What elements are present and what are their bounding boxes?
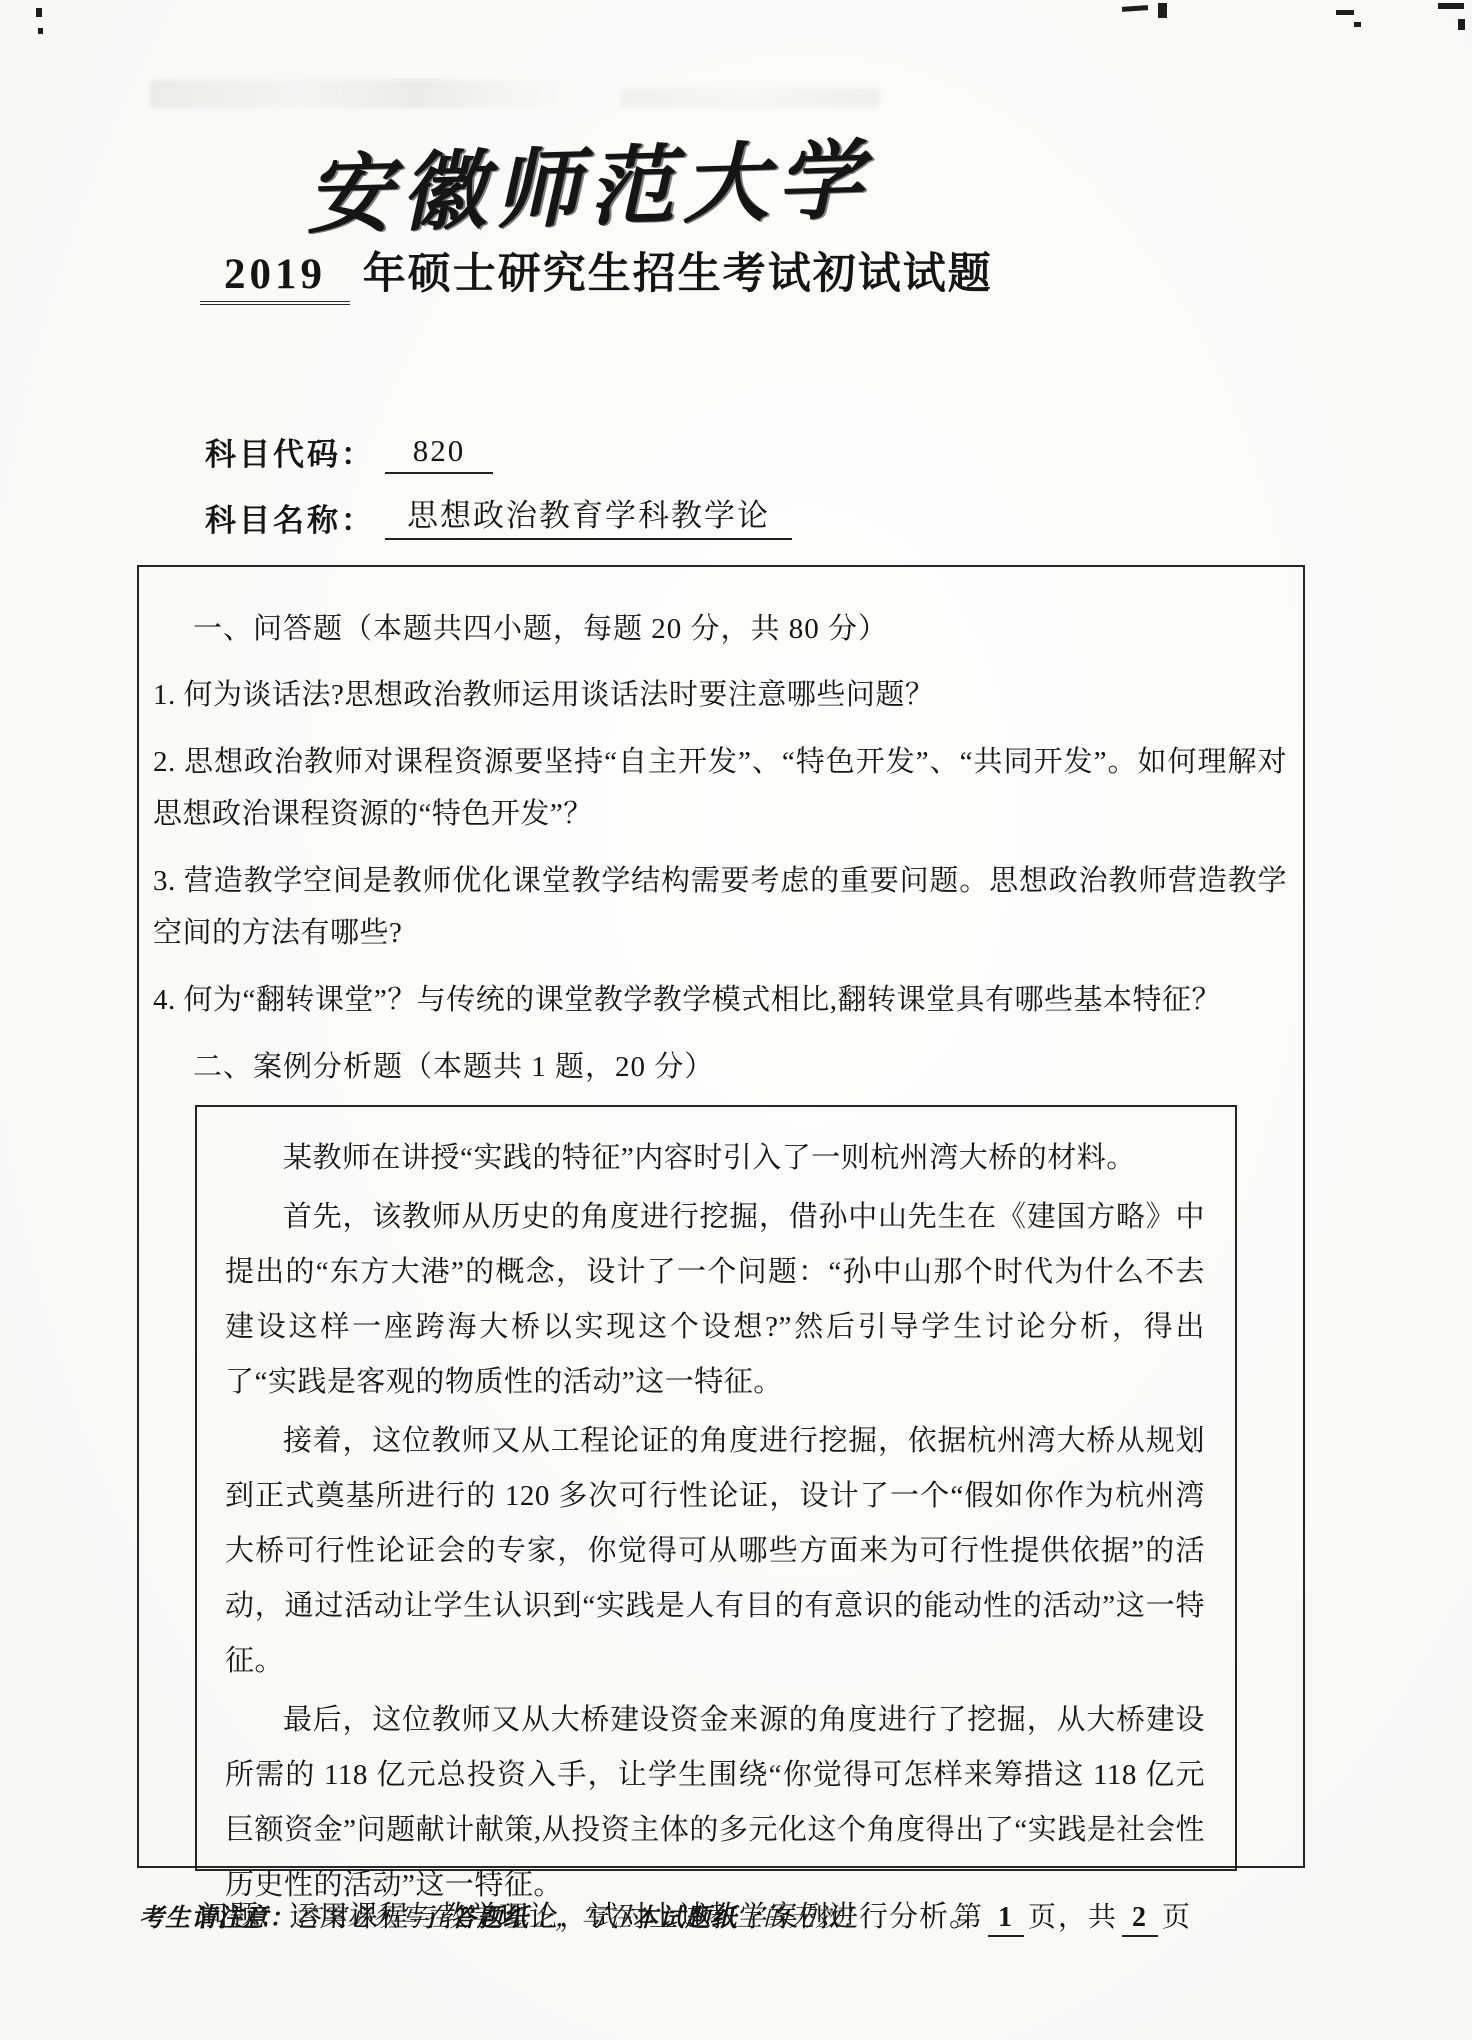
scan-artifact bbox=[1354, 22, 1361, 27]
scan-artifact bbox=[1458, 19, 1465, 30]
subject-name-value: 思想政治教育学科教学论 bbox=[385, 490, 792, 540]
case-paragraph-1: 某教师在讲授“实践的特征”内容时引入了一则杭州湾大桥的材料。 bbox=[225, 1131, 1205, 1186]
subject-code-value: 820 bbox=[385, 433, 493, 474]
subject-name-label: 科目名称： bbox=[205, 495, 375, 540]
scan-artifact bbox=[1158, 3, 1167, 18]
candidate-notice-text: 上，写在 bbox=[529, 1905, 633, 1932]
candidate-notice-label: 考生请注意： bbox=[139, 1905, 295, 1932]
exam-title-year: 2019 bbox=[200, 250, 350, 305]
case-study-box: 某教师在讲授“实践的特征”内容时引入了一则杭州湾大桥的材料。 首先，该教师从历史… bbox=[195, 1105, 1237, 1871]
question-2: 2. 思想政治教师对课程资源要坚持“自主开发”、“特色开发”、“共同开发”。如何… bbox=[153, 736, 1287, 840]
page-indicator-text: 页 bbox=[1162, 1902, 1192, 1933]
candidate-notice: 考生请注意：答案必须写在答题纸上，写在本试题纸上的无效！ bbox=[139, 1898, 867, 1934]
section1-heading: 一、问答题（本题共四小题，每题 20 分，共 80 分） bbox=[153, 603, 1287, 655]
page-indicator-text: 第 bbox=[954, 1902, 984, 1933]
scan-smudge bbox=[150, 80, 580, 108]
question-frame: 一、问答题（本题共四小题，每题 20 分，共 80 分） 1. 何为谈话法?思想… bbox=[137, 565, 1305, 1868]
exam-paper-page: 安徽师范大学 2019 年硕士研究生招生考试初试试题 科目代码： 820 科目名… bbox=[0, 0, 1472, 2040]
case-paragraph-3: 接着，这位教师又从工程论证的角度进行挖掘，依据杭州湾大桥从规划到正式奠基所进行的… bbox=[225, 1414, 1205, 1689]
case-paragraph-4: 最后，这位教师又从大桥建设资金来源的角度进行了挖掘，从大桥建设所需的 118 亿… bbox=[225, 1693, 1205, 1913]
scan-artifact bbox=[36, 8, 42, 17]
scan-artifact bbox=[1438, 3, 1464, 9]
candidate-notice-text: 上的无效！ bbox=[737, 1905, 867, 1932]
total-page-number: 2 bbox=[1122, 1902, 1158, 1937]
case-paragraph-2: 首先，该教师从历史的角度进行挖掘，借孙中山先生在《建国方略》中提出的“东方大港”… bbox=[225, 1190, 1205, 1410]
scan-artifact bbox=[1336, 10, 1354, 15]
question-4: 4. 何为“翻转课堂”？与传统的课堂教学教学模式相比,翻转课堂具有哪些基本特征？ bbox=[153, 974, 1287, 1026]
page-indicator: 第1页，共2页 bbox=[954, 1895, 1192, 1937]
page-indicator-text: 页，共 bbox=[1028, 1902, 1118, 1933]
candidate-notice-emphasis: 答题纸 bbox=[451, 1905, 529, 1932]
question-3: 3. 营造教学空间是教师优化课堂教学结构需要考虑的重要问题。思想政治教师营造教学… bbox=[153, 855, 1287, 959]
page-footer: 考生请注意：答案必须写在答题纸上，写在本试题纸上的无效！ 第1页，共2页 bbox=[139, 1895, 1192, 1937]
question-1: 1. 何为谈话法?思想政治教师运用谈话法时要注意哪些问题？ bbox=[153, 669, 1287, 721]
subject-code-label: 科目代码： bbox=[205, 429, 375, 474]
scan-smudge bbox=[620, 88, 880, 108]
candidate-notice-text: 答案必须写在 bbox=[295, 1905, 451, 1932]
subject-code-row: 科目代码： 820 bbox=[205, 424, 792, 474]
exam-title-text: 年硕士研究生招生考试初试试题 bbox=[363, 251, 993, 298]
section2-heading: 二、案例分析题（本题共 1 题，20 分） bbox=[153, 1041, 1287, 1093]
scan-artifact bbox=[38, 28, 43, 34]
subject-name-row: 科目名称： 思想政治教育学科教学论 bbox=[205, 490, 792, 540]
scan-artifact bbox=[1122, 5, 1148, 12]
candidate-notice-emphasis: 本试题纸 bbox=[633, 1905, 737, 1932]
exam-title: 2019 年硕士研究生招生考试初试试题 bbox=[200, 240, 993, 305]
university-logo: 安徽师范大学 bbox=[304, 110, 907, 251]
current-page-number: 1 bbox=[988, 1902, 1024, 1937]
subject-info: 科目代码： 820 科目名称： 思想政治教育学科教学论 bbox=[205, 424, 792, 556]
